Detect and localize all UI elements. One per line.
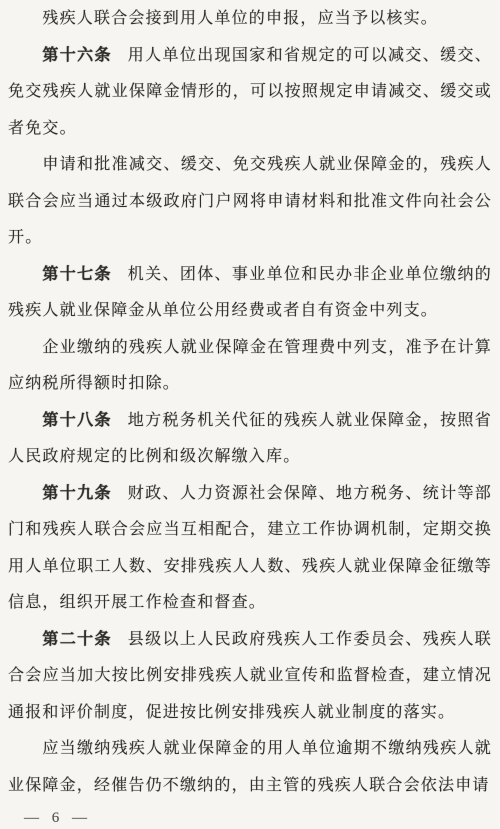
article-term: 第二十条 <box>42 631 111 648</box>
paragraph-text: 财政、人力资源社会保障、地方税务、统计等部门和残疾人联合会应当互相配合，建立工作… <box>8 485 492 612</box>
page-footer: — 6 — <box>8 806 492 829</box>
article-term: 第十七条 <box>42 266 111 283</box>
paragraph: 应当缴纳残疾人就业保障金的用人单位逾期不缴纳残疾人就业保障金，经催告仍不缴纳的，… <box>8 731 492 804</box>
paragraph: 申请和批准减交、缓交、免交残疾人就业保障金的，残疾人联合会应当通过本级政府门户网… <box>8 147 492 257</box>
article-term: 第十九条 <box>42 485 111 502</box>
paragraph: 第十八条地方税务机关代征的残疾人就业保障金，按照省人民政府规定的比例和级次解缴入… <box>8 403 492 476</box>
page-number: — 6 — <box>24 810 88 826</box>
paragraph: 第二十条县级以上人民政府残疾人工作委员会、残疾人联合会应当加大按比例安排残疾人就… <box>8 622 492 732</box>
paragraph: 第十六条用人单位出现国家和省规定的可以减交、缓交、免交残疾人就业保障金情形的，可… <box>8 38 492 148</box>
paragraph-text: 申请和批准减交、缓交、免交残疾人就业保障金的，残疾人联合会应当通过本级政府门户网… <box>8 156 492 246</box>
article-term: 第十六条 <box>42 47 111 64</box>
paragraph-text: 应当缴纳残疾人就业保障金的用人单位逾期不缴纳残疾人就业保障金，经催告仍不缴纳的，… <box>8 740 492 794</box>
document-page: 残疾人联合会接到用人单位的申报，应当予以核实。 第十六条用人单位出现国家和省规定… <box>0 0 500 829</box>
article-term: 第十八条 <box>42 412 111 429</box>
paragraph: 企业缴纳的残疾人就业保障金在管理费中列支，准予在计算应纳税所得额时扣除。 <box>8 330 492 403</box>
paragraph: 第十九条财政、人力资源社会保障、地方税务、统计等部门和残疾人联合会应当互相配合，… <box>8 476 492 622</box>
paragraph: 第十七条机关、团体、事业单位和民办非企业单位缴纳的残疾人就业保障金从单位公用经费… <box>8 257 492 330</box>
paragraph-text: 残疾人联合会接到用人单位的申报，应当予以核实。 <box>42 10 438 27</box>
paragraph-text: 企业缴纳的残疾人就业保障金在管理费中列支，准予在计算应纳税所得额时扣除。 <box>8 339 492 393</box>
paragraph: 残疾人联合会接到用人单位的申报，应当予以核实。 <box>8 1 492 38</box>
